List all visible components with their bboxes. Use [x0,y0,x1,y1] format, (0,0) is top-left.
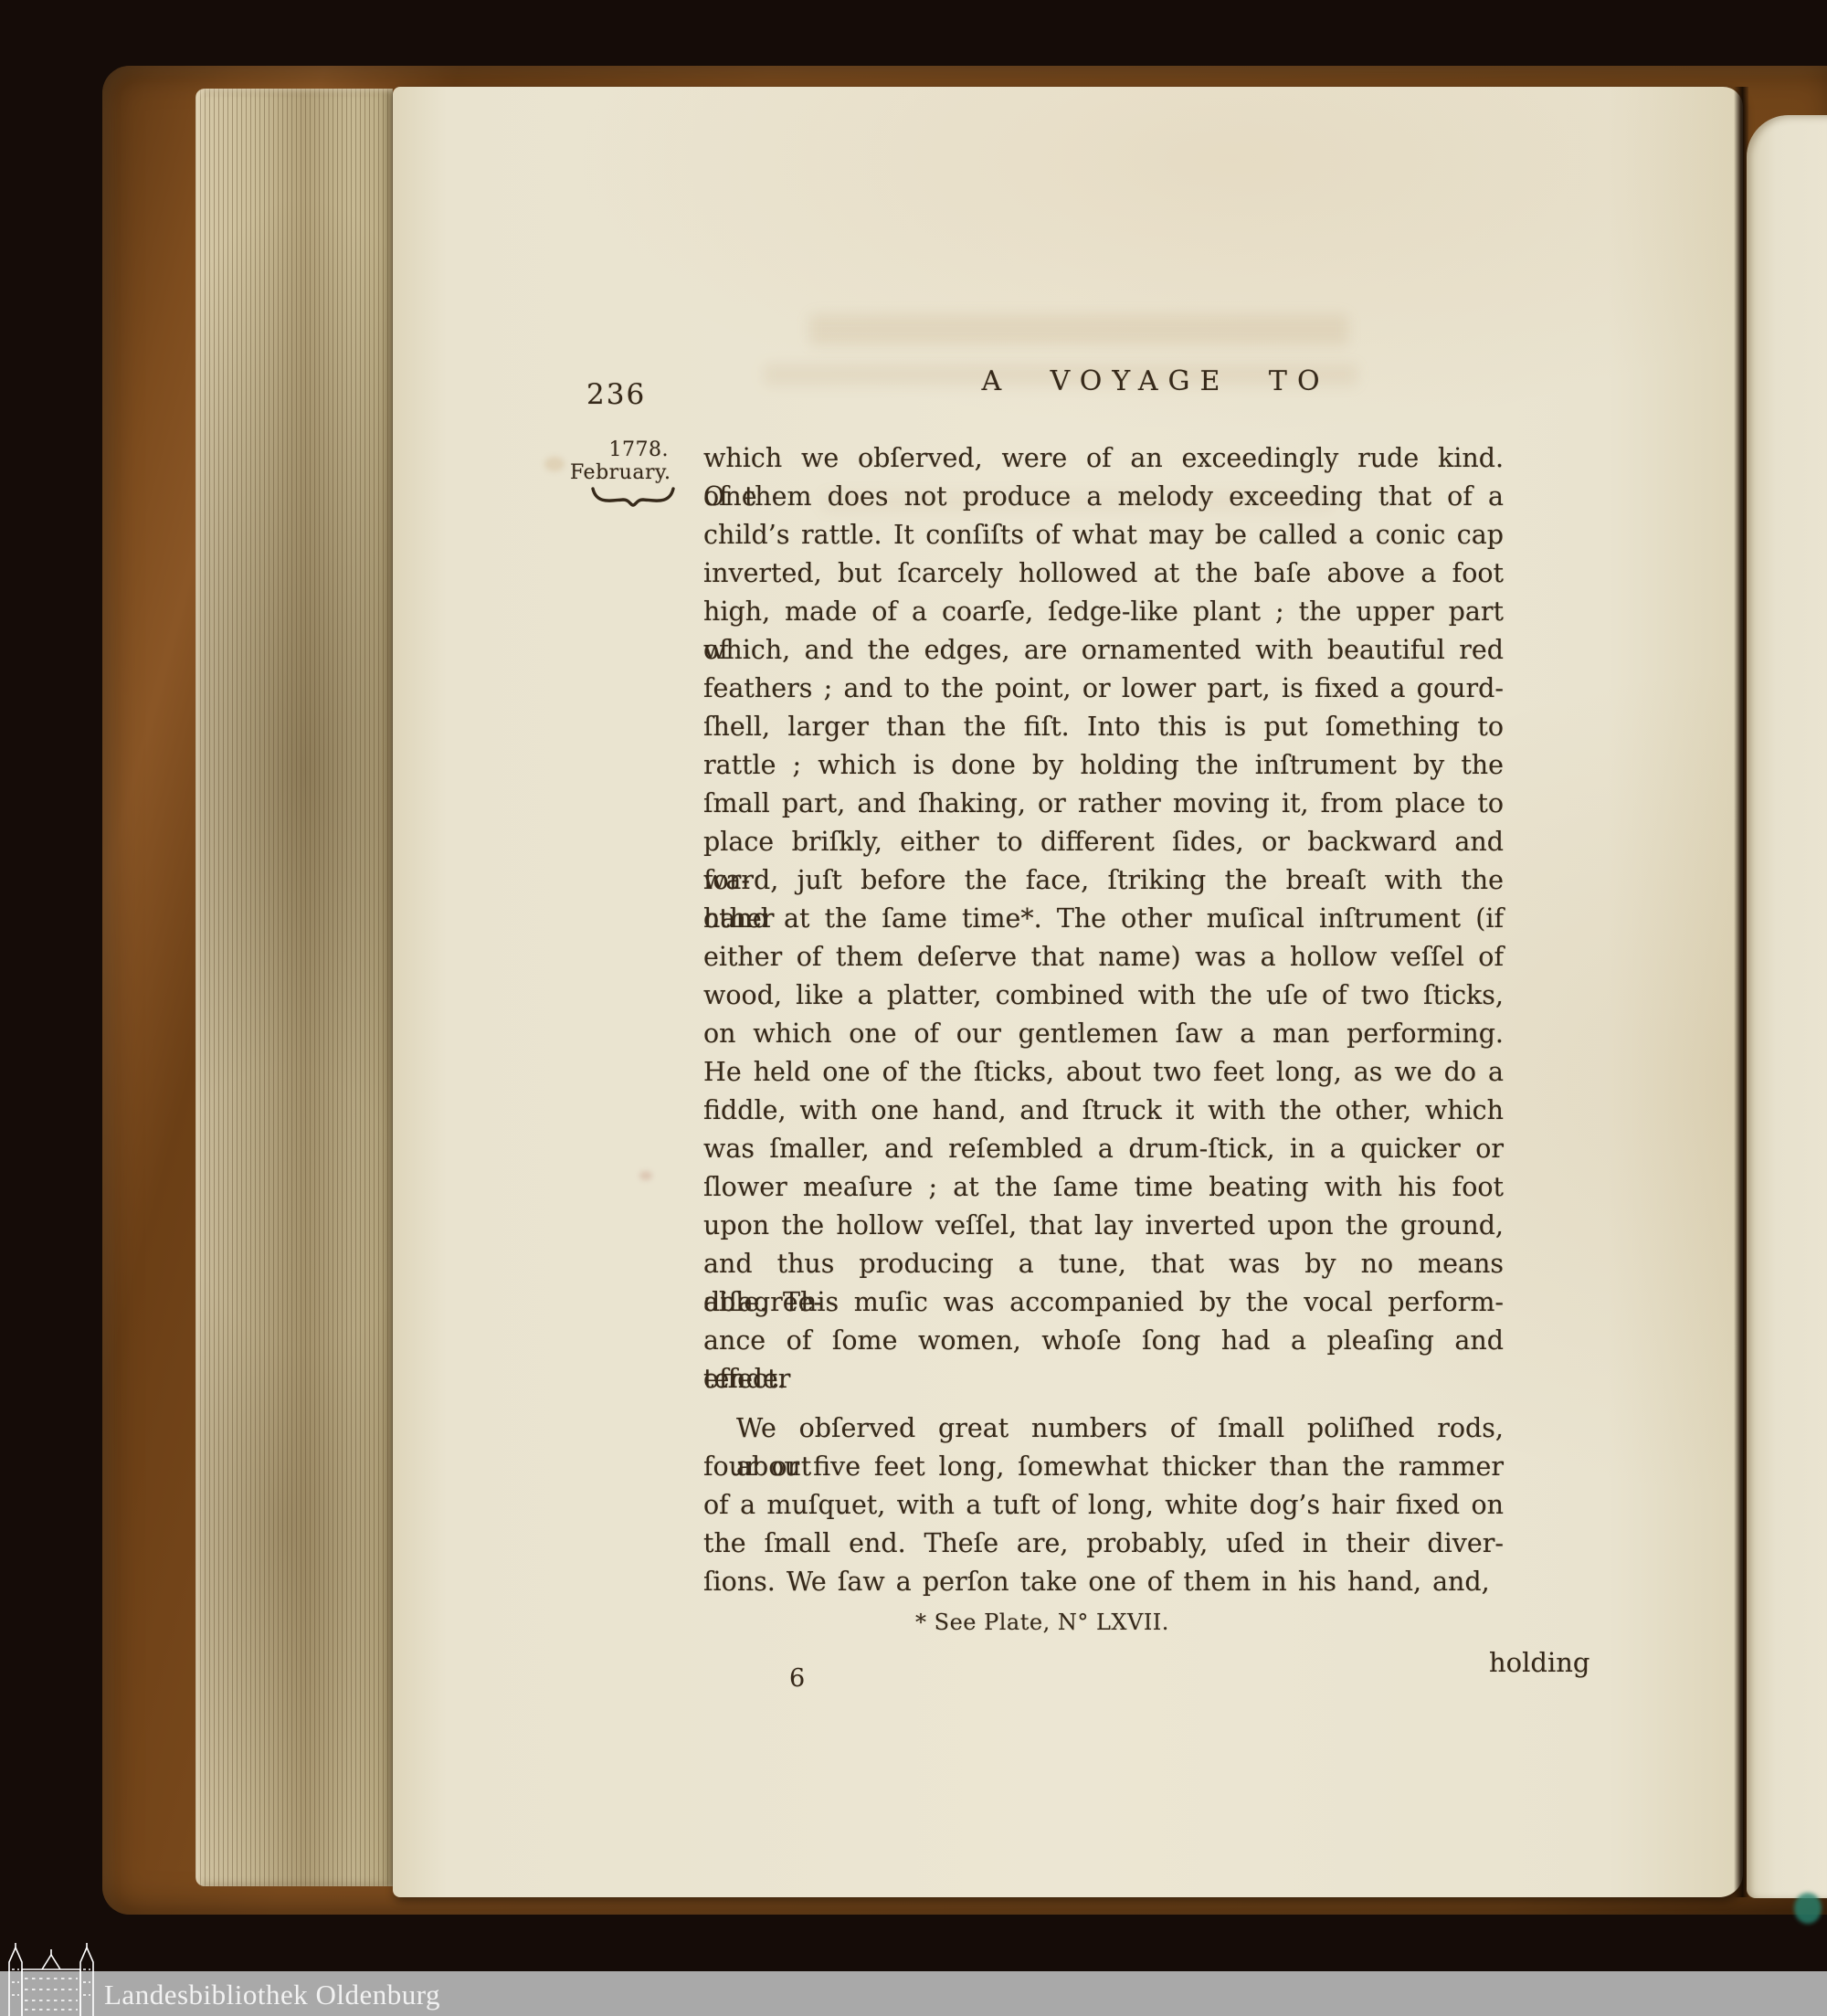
body-text: which we obſerved, were of an exceedingl… [703,439,1504,1601]
body-line: four or five feet long, ſomewhat thicker… [703,1448,1504,1486]
body-line: was ſmaller, and reſembled a drum-ſtick,… [703,1130,1504,1168]
body-line: feathers ; and to the point, or lower pa… [703,670,1504,708]
page-number: 236 [586,378,646,411]
body-line: ſlower meaſure ; at the ſame time beatin… [703,1168,1504,1207]
body-line: on which one of our gentlemen ſaw a man … [703,1015,1504,1053]
body-line: which, and the edges, are ornamented wit… [703,631,1504,670]
body-line: hand at the ſame time*. The other muſica… [703,900,1504,938]
body-line: ance of ſome women, whoſe ſong had a ple… [703,1322,1504,1360]
body-line: and thus producing a tune, that was by n… [703,1245,1504,1283]
body-line: child’s rattle. It conſiſts of what may … [703,516,1504,554]
body-line: We obſerved great numbers of ſmall poliſ… [703,1409,1504,1448]
margin-brace-icon [590,486,676,510]
body-line: wood, like a platter, combined with the … [703,976,1504,1015]
body-line: ſions. We ſaw a perſon take one of them … [703,1563,1504,1601]
paragraph: We obſerved great numbers of ſmall poliſ… [703,1409,1504,1601]
margin-note-year: 1778. [570,438,669,461]
library-building-icon [5,1942,97,2016]
body-line: which we obſerved, were of an exceedingl… [703,439,1504,478]
catchword: holding [1489,1647,1590,1678]
paragraph: which we obſerved, were of an exceedingl… [703,439,1504,1399]
body-line: either of them deſerve that name) was a … [703,938,1504,976]
facing-page-edge [1747,115,1827,1898]
library-name: Landesbibliothek Oldenburg [104,1979,440,2011]
running-header: A VOYAGE TO [950,365,1361,397]
body-line: ſmall part, and ſhaking, or rather movin… [703,785,1504,823]
body-line: inverted, but ſcarcely hollowed at the b… [703,554,1504,593]
body-line: the ſmall end. Theſe are, probably, uſed… [703,1525,1504,1563]
footnote: * See Plate, N° LXVII. [915,1610,1169,1635]
body-line: upon the hollow veſſel, that lay inverte… [703,1207,1504,1245]
show-through-text [809,314,1348,345]
paper-stain [544,457,565,471]
body-line: of a muſquet, with a tuft of long, white… [703,1486,1504,1525]
body-line: ward, juſt before the face, ſtriking the… [703,861,1504,900]
page-edges [195,89,393,1886]
body-line: ſhell, larger than the fiſt. Into this i… [703,708,1504,746]
body-line: place briſkly, either to different ſides… [703,823,1504,861]
margin-note: 1778. February. [570,438,669,484]
paper-stain [1794,1893,1822,1924]
body-line: high, made of a coarſe, ſedge-like plant… [703,593,1504,631]
body-line: able. This muſic was accompanied by the … [703,1283,1504,1322]
scan-photo: { "page": { "number": "236", "running_he… [0,0,1827,2016]
body-line: He held one of the ſticks, about two fee… [703,1053,1504,1092]
body-line: fiddle, with one hand, and ſtruck it wit… [703,1092,1504,1130]
margin-note-month: February. [570,461,669,484]
body-line: of them does not produce a melody exceed… [703,478,1504,516]
body-line: effect. [703,1360,1504,1399]
signature-mark: 6 [789,1664,805,1693]
body-line: rattle ; which is done by holding the in… [703,746,1504,785]
paper-stain [639,1171,652,1180]
